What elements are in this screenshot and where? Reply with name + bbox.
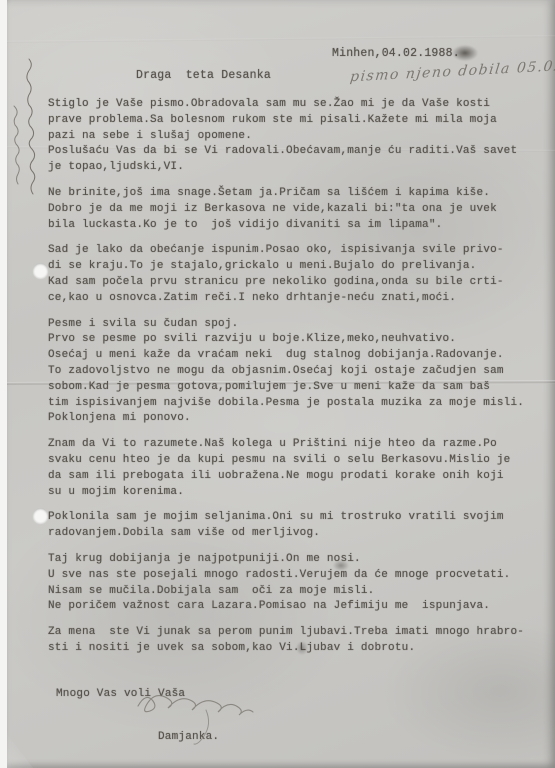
handwriting-scrawl-icon [0,44,42,204]
paragraph: Znam da Vi to razumete.Naš kolega u Priš… [48,437,548,500]
ink-smudge [296,641,308,655]
letter-line: Poslušaću Vas da bi se Vi radovali.Obeća… [48,144,548,160]
paragraph: Pesme i svila su čudan spoj.Prvo se pesm… [48,317,548,428]
letter-line: Kad sam počela prvu stranicu pre nekolik… [48,275,548,291]
letter-line: pazi na sebe i slušaj opomene. [48,129,548,145]
dateline: Minhen,04.02.1988. [332,47,460,60]
letter-line: sobom.Kad je pesma gotova,pomilujem je.S… [48,380,548,396]
letter-line: prave problema.Sa bolesnom rukom ste mi … [48,113,548,129]
letter-line: ce,kao u osnovca.Zatim reči.I neko drhta… [48,291,548,307]
letter-body: Stiglo je Vaše pismo.Obradovala sam mu s… [48,97,548,667]
letter-line: Taj krug dobijanja je najpotpuniji.On me… [48,552,548,568]
hole-punch [33,508,48,523]
letter-line: Prvo se pesme po svili razviju u boje.Kl… [48,332,548,348]
letter-line: U sve nas ste posejali mnogo radosti.Ver… [48,568,548,584]
letter-line: da sam ili prebogata ili uobražena.Ne mo… [48,469,548,485]
letter-line: Poklonjena mi ponovo. [48,411,548,427]
letter-line: di se kraju.To je stajalo,grickalo u men… [48,259,548,275]
letter-line: To zadovoljstvo ne mogu da objasnim.Oseć… [48,364,548,380]
paragraph: Ne brinite,još ima snage.Šetam ja.Pričam… [48,186,548,233]
ink-smudge [452,45,478,61]
letter-line: Sad je lako da obećanje ispunim.Posao ok… [48,243,548,259]
letter-line: svaku cenu hteo je da kupi pesmu na svil… [48,453,548,469]
letter-line: su u mojim korenima. [48,485,548,501]
letter-line: je topao,ljudski,VI. [48,160,548,176]
letter-line: Ne brinite,još ima snage.Šetam ja.Pričam… [48,186,548,202]
letter-line: Dobro je da me moji iz Berkasova ne vide… [48,202,548,218]
letter-line: radovanjem.Dobila sam više od merljivog. [48,526,548,542]
letter-line: tim ispisivanjem najviše dobila.Pesma je… [48,396,548,412]
letter-line: Pesme i svila su čudan spoj. [48,317,548,333]
paragraph: Poklonila sam je mojim seljanima.Oni su … [48,510,548,542]
letter-line: Znam da Vi to razumete.Naš kolega u Priš… [48,437,548,453]
ink-smudge [333,560,349,571]
handwritten-signature [132,688,272,753]
letter-line: Ne poričem važnost cara Lazara.Pomisao n… [48,599,548,615]
paragraph: Taj krug dobijanja je najpotpuniji.On me… [48,552,548,615]
paragraph: Stiglo je Vaše pismo.Obradovala sam mu s… [48,97,548,176]
hole-punch [33,263,48,278]
letter-line: bila luckasta.Ko je to još vidijo divani… [48,218,548,234]
handwritten-margin-note [0,44,42,209]
letter-line: Stiglo je Vaše pismo.Obradovala sam mu s… [48,97,548,113]
letter-line: Za mena ste Vi junak sa perom punim ljub… [48,625,548,641]
letter-line: Poklonila sam je mojim seljanima.Oni su … [48,510,548,526]
letter-line: Nisam se mučila.Dobijala sam oči za moje… [48,584,548,600]
salutation: Draga teta Desanka [136,69,271,82]
signature-scrawl-icon [132,688,272,748]
paragraph: Sad je lako da obećanje ispunim.Posao ok… [48,243,548,306]
letter-line: Osećaj u meni kaže da vraćam neki dug st… [48,348,548,364]
